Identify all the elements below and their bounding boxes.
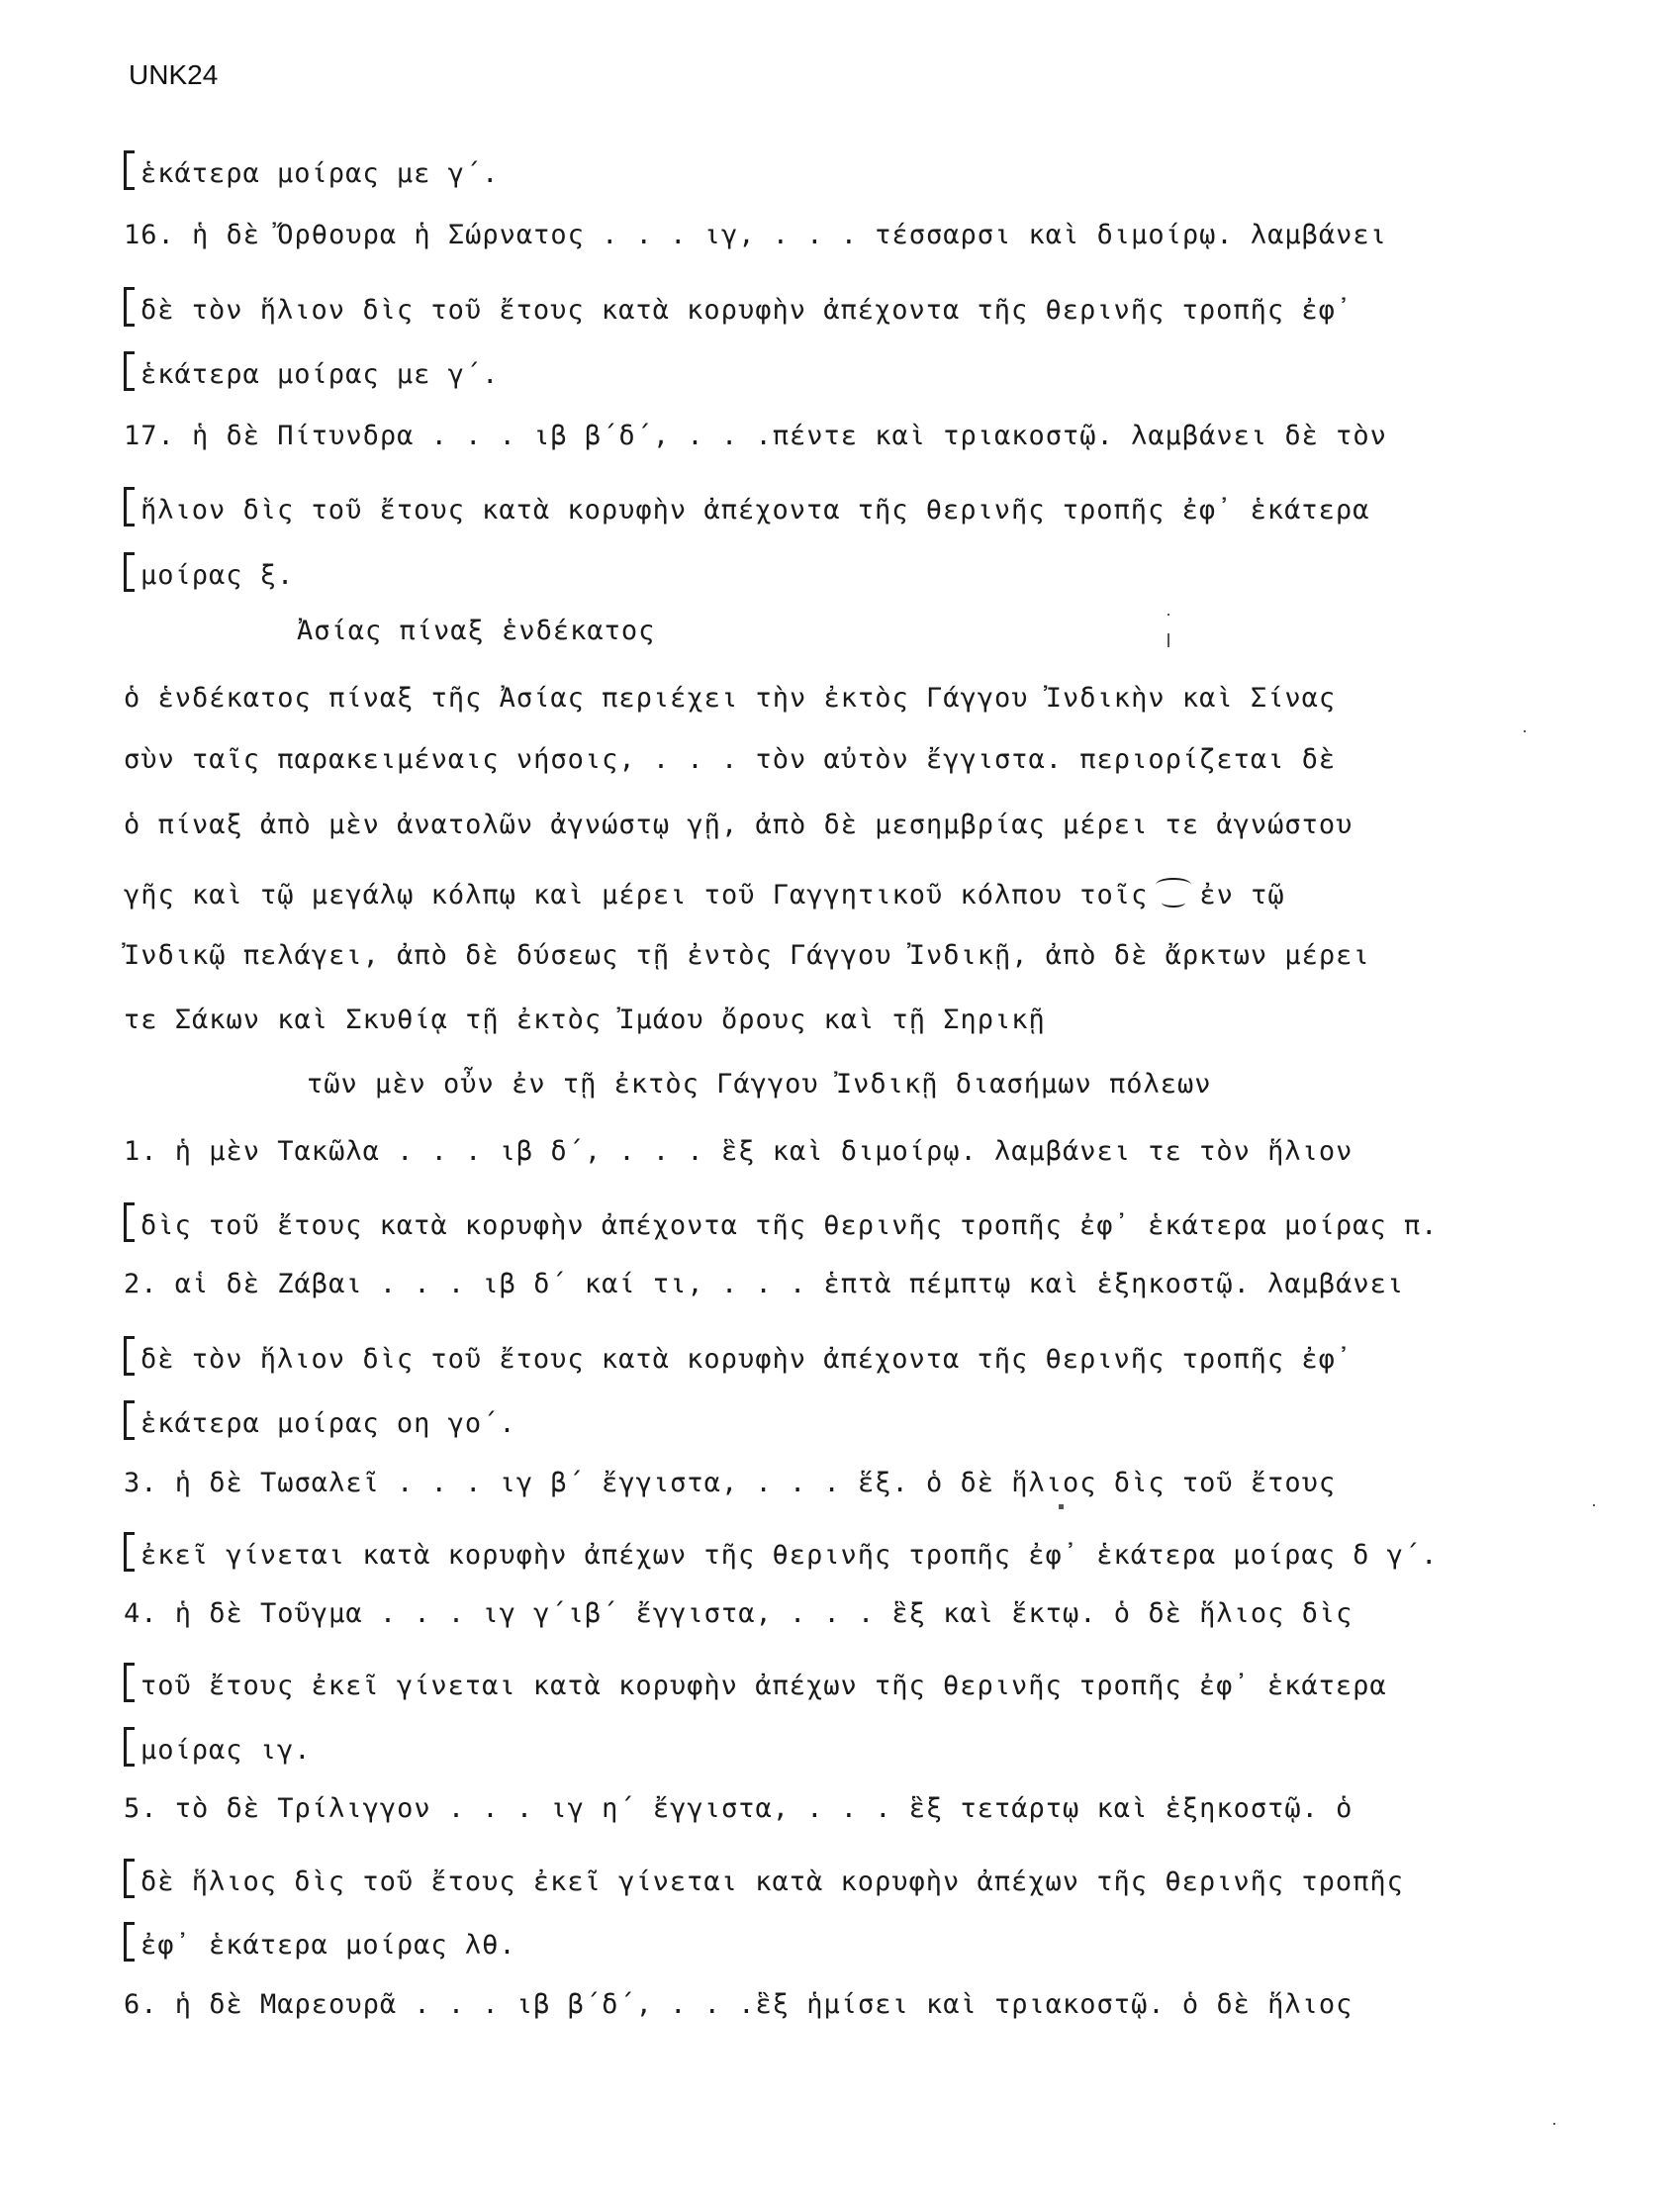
section-heading: Ἀσίας πίναξ ἑνδέκατος [297, 616, 655, 646]
text-line: ὁ ἑνδέκατος πίναξ τῆς Ἀσίας περιέχει τὴν… [124, 683, 1336, 714]
text-line: 16. ἡ δὲ Ὄρθουρα ἡ Σώρνατος . . . ιγ, . … [124, 220, 1387, 250]
text-line: Ἰνδικῷ πελάγει, ἀπὸ δὲ δύσεως τῇ ἐντὸς Γ… [124, 940, 1370, 971]
margin-bracket-mark [124, 1663, 135, 1702]
text-line: τε Σάκων καὶ Σκυθίᾳ τῇ ἐκτὸς Ἰμάου ὄρους… [124, 1005, 1046, 1035]
text-line: μοίρας ξ. [124, 552, 294, 592]
margin-bracket-mark [124, 351, 135, 391]
text-line: δὲ ἥλιος δὶς τοῦ ἔτους ἐκεῖ γίνεται κατὰ… [124, 1859, 1404, 1898]
scan-speck [1593, 1504, 1595, 1506]
text-line: ἐφ᾿ ἑκάτερα μοίρας λθ. [124, 1922, 516, 1962]
document-page: UNK24 ἑκάτερα μοίρας με γ΄. 16. ἡ δὲ Ὄρθ… [0, 0, 1680, 2203]
margin-bracket-mark [124, 1336, 135, 1376]
text-line: σὺν ταῖς παρακειμέναις νήσοις, . . . τὸν… [124, 744, 1336, 775]
margin-bracket-mark [124, 1859, 135, 1898]
margin-bracket-mark [124, 287, 135, 327]
document-id-label: UNK24 [129, 59, 218, 91]
scan-speck [1059, 1504, 1064, 1509]
text-line: 2. αἱ δὲ Ζάβαι . . . ιβ δ΄ καί τι, . . .… [124, 1269, 1404, 1299]
text-line: γῆς καὶ τῷ μεγάλῳ κόλπῳ καὶ μέρει τοῦ Γα… [124, 876, 1285, 910]
margin-bracket-mark [124, 150, 135, 190]
text-line: τοῦ ἔτους ἐκεῖ γίνεται κατὰ κορυφὴν ἀπέχ… [124, 1663, 1387, 1702]
margin-bracket-mark [124, 552, 135, 592]
text-line: δὲ τὸν ἥλιον δὶς τοῦ ἔτους κατὰ κορυφὴν … [124, 287, 1353, 327]
text-line: ἥλιον δὶς τοῦ ἔτους κατὰ κορυφὴν ἀπέχοντ… [124, 487, 1369, 527]
scan-speck [1167, 614, 1169, 616]
text-line: 6. ἡ δὲ Μαρεουρᾶ . . . ιβ β΄δ΄, . . .ἓξ … [124, 1989, 1353, 2020]
lacuna-tie-mark [1156, 876, 1191, 910]
margin-bracket-mark [124, 1532, 135, 1572]
margin-bracket-mark [124, 487, 135, 527]
text-line: ἑκάτερα μοίρας με γ΄. [124, 351, 499, 391]
scan-speck [1524, 730, 1526, 732]
scan-speck [1167, 633, 1169, 647]
text-line: 1. ἡ μὲν Τακῶλα . . . ιβ δ΄, . . . ἓξ κα… [124, 1136, 1353, 1167]
text-line: μοίρας ιγ. [124, 1727, 312, 1767]
text-line: ἐκεῖ γίνεται κατὰ κορυφὴν ἀπέχων τῆς θερ… [124, 1532, 1438, 1572]
text-line: ὁ πίναξ ἀπὸ μὲν ἀνατολῶν ἀγνώστῳ γῇ, ἀπὸ… [124, 810, 1353, 840]
text-line: 5. τὸ δὲ Τρίλιγγον . . . ιγ η΄ ἔγγιστα, … [124, 1793, 1353, 1824]
text-line: δὶς τοῦ ἔτους κατὰ κορυφὴν ἀπέχοντα τῆς … [124, 1202, 1438, 1242]
margin-bracket-mark [124, 1727, 135, 1767]
margin-bracket-mark [124, 1400, 135, 1440]
margin-bracket-mark [124, 1202, 135, 1242]
scan-speck [1553, 2123, 1555, 2125]
section-heading: τῶν μὲν οὖν ἐν τῇ ἐκτὸς Γάγγου Ἰνδικῇ δι… [307, 1069, 1212, 1100]
text-line: 3. ἡ δὲ Τωσαλεῖ . . . ιγ β΄ ἔγγιστα, . .… [124, 1468, 1336, 1498]
text-line: ἑκάτερα μοίρας οη γο΄. [124, 1400, 516, 1440]
text-line: ἑκάτερα μοίρας με γ΄. [124, 150, 499, 190]
text-line: δὲ τὸν ἥλιον δὶς τοῦ ἔτους κατὰ κορυφὴν … [124, 1336, 1353, 1376]
text-line: 4. ἡ δὲ Τοῦγμα . . . ιγ γ΄ιβ΄ ἔγγιστα, .… [124, 1598, 1353, 1629]
margin-bracket-mark [124, 1922, 135, 1962]
text-line: 17. ἡ δὲ Πίτυνδρα . . . ιβ β΄δ΄, . . .πέ… [124, 421, 1387, 451]
